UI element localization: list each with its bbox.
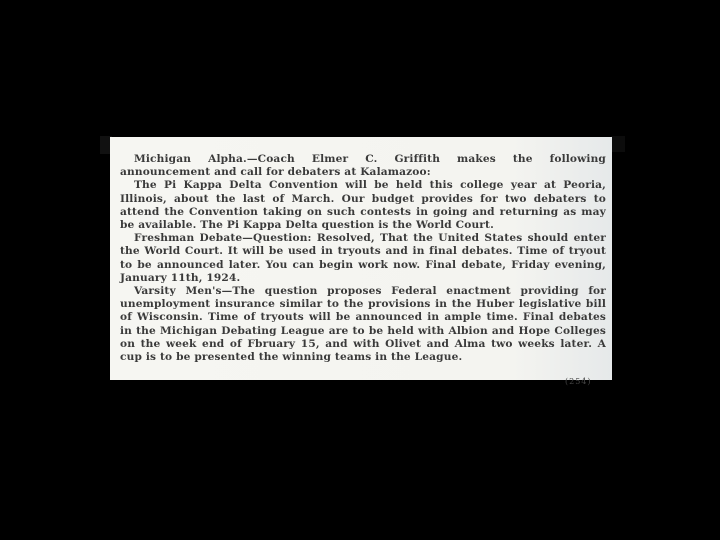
- paragraph-freshman-debate: Freshman Debate—Question: Resolved, That…: [120, 232, 606, 285]
- page-number: (254): [565, 377, 592, 386]
- paragraph-convention: The Pi Kappa Delta Convention will be he…: [120, 179, 606, 232]
- scan-edge-right: [611, 136, 625, 152]
- paragraph-varsity-men: Varsity Men's—The question proposes Fede…: [120, 285, 606, 364]
- paragraph-intro: Michigan Alpha.—Coach Elmer C. Griffith …: [120, 153, 606, 179]
- newspaper-clipping: Michigan Alpha.—Coach Elmer C. Griffith …: [110, 137, 612, 380]
